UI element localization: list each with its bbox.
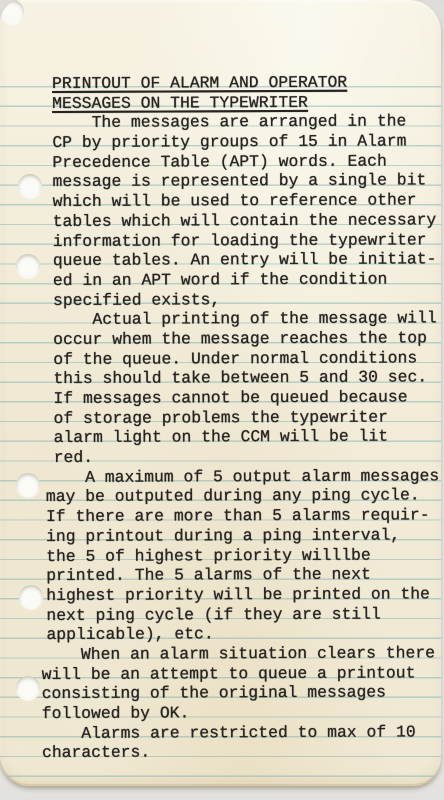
typed-line: A maximum of 5 output alarm messages (46, 466, 441, 487)
typed-line: Precedence Table (APT) words. Each (52, 151, 441, 172)
typed-line: information for loading the typewriter (53, 230, 441, 251)
punch-hole (16, 676, 40, 700)
punch-hole (16, 473, 40, 497)
typed-line: If messages cannot be queued because (53, 387, 441, 408)
typed-line: consisting of the original messages (42, 683, 441, 704)
typed-line: The messages are arranged in the (52, 112, 441, 133)
typed-line: printed. The 5 alarms of the next (46, 564, 441, 585)
typed-line: message is represented by a single bit (52, 171, 441, 192)
typed-line: Actual printing of the message will (53, 309, 441, 330)
typed-line: this should take between 5 and 30 sec. (53, 368, 441, 389)
typed-line: followed by OK. (42, 702, 441, 723)
document-title-line: MESSAGES ON THE TYPEWRITER (52, 92, 441, 113)
punch-hole (16, 254, 40, 278)
typed-line: characters. (42, 742, 441, 763)
typewritten-text: PRINTOUT OF ALARM AND OPERATORMESSAGES O… (52, 72, 441, 763)
typed-line: If there are more than 5 alarms requir- (46, 505, 441, 526)
typed-line: specified exists, (53, 289, 441, 310)
typed-line: CP by priority groups of 15 in Alarm (52, 131, 441, 152)
typed-line: queue tables. An entry will be initiat- (53, 249, 441, 270)
typed-line: applicable), etc. (46, 624, 441, 645)
typed-line: next ping cycle (if they are still (46, 604, 441, 625)
typed-line: When an alarm situation clears there (41, 643, 441, 664)
typed-line: which will be used to reference other (53, 190, 441, 211)
typed-line: highest priority will be printed on the (46, 584, 441, 605)
punch-hole (0, 0, 24, 24)
typed-line: ed in an APT word if the condition (53, 269, 441, 290)
typed-line: Alarms are restricted to max of 10 (42, 722, 441, 743)
typed-line: red. (54, 446, 441, 467)
scanned-page-background: PRINTOUT OF ALARM AND OPERATORMESSAGES O… (0, 0, 444, 800)
document-title-line: PRINTOUT OF ALARM AND OPERATOR (52, 72, 441, 93)
typed-line: may be outputed during any ping cycle. (46, 486, 441, 507)
typed-line: of the queue. Under normal conditions (53, 348, 441, 369)
notebook-page: PRINTOUT OF ALARM AND OPERATORMESSAGES O… (0, 0, 441, 786)
punch-hole (19, 585, 43, 609)
punch-hole (18, 174, 42, 198)
typed-line: tables which will contain the necessary (53, 210, 441, 231)
typed-line: occur whem the message reaches the top (53, 328, 441, 349)
typed-line: ing printout during a ping interval, (46, 525, 441, 546)
typed-line: of storage problems the typewriter (53, 407, 441, 428)
typed-line: will be an attempt to queue a printout (42, 663, 441, 684)
typed-line: alarm light on the CCM will be lit (54, 427, 441, 448)
typed-line: the 5 of highest priority willlbe (46, 545, 441, 566)
